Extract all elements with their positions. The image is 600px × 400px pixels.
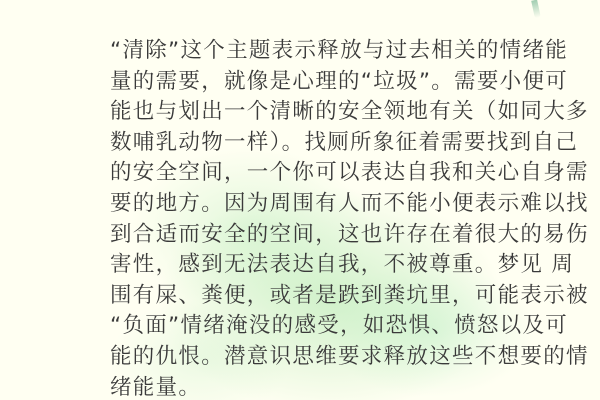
text-line: 绪能量。: [110, 373, 510, 400]
text-line: 害性，感到无法表达自我，不被尊重。梦见 周: [110, 250, 510, 281]
text-line: 要的地方。因为周围有人而不能小便表示难以找: [110, 189, 510, 220]
text-line: “负面”情绪淹没的感受，如恐惧、愤怒以及可: [110, 311, 510, 342]
text-line: 围有屎、粪便，或者是跌到粪坑里，可能表示被: [110, 281, 510, 312]
text-line: 的安全空间，一个你可以表达自我和关心自身需: [110, 158, 510, 189]
text-line: 数哺乳动物一样）。找厕所象征着需要找到自己: [110, 128, 510, 159]
leaf-decoration-icon: [531, 0, 541, 18]
paragraph: “清除”这个主题表示释放与过去相关的情绪能 量的需要，就像是心理的“垃圾”。需要…: [110, 36, 510, 400]
text-line: 能的仇恨。潜意识思维要求释放这些不想要的情: [110, 342, 510, 373]
text-line: “清除”这个主题表示释放与过去相关的情绪能: [110, 36, 510, 67]
text-line: 能也与划出一个清晰的安全领地有关（如同大多: [110, 97, 510, 128]
text-line: 量的需要，就像是心理的“垃圾”。需要小便可: [110, 67, 510, 98]
text-line: 到合适而安全的空间，这也许存在着很大的易伤: [110, 220, 510, 251]
